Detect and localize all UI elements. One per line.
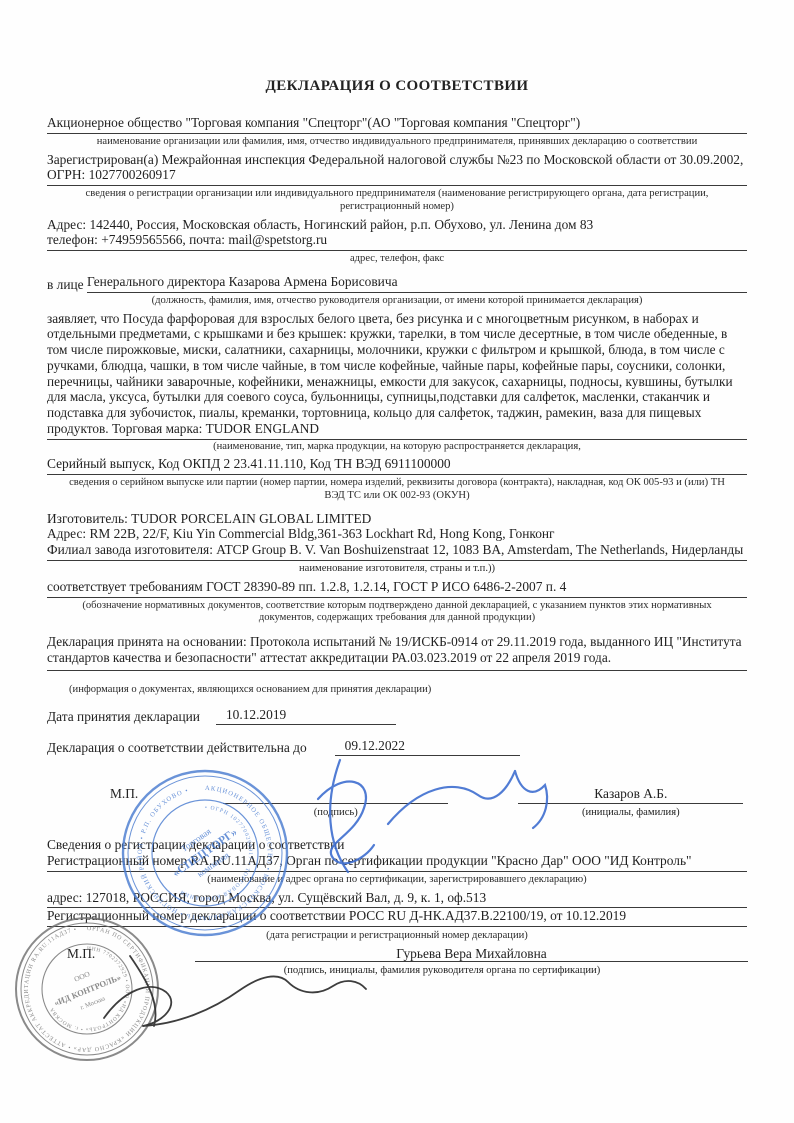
representative-row: в лице Генерального директора Казарова А…: [47, 274, 747, 293]
standards-caption: (обозначение нормативных документов, соо…: [72, 600, 723, 625]
applicant-address-caption: адрес, телефон, факс: [72, 253, 723, 266]
registration-caption: (наименование и адрес органа по сертифик…: [72, 874, 723, 887]
representative-caption: (должность, фамилия, имя, отчество руков…: [72, 295, 723, 308]
basis-text: Декларация принята на основании: Протоко…: [47, 634, 747, 671]
signer-name: Казаров А.Б.: [518, 786, 743, 804]
standards-line: соответствует требованиям ГОСТ 28390-89 …: [47, 579, 747, 598]
applicant-registration: Зарегистрирован(а) Межрайонная инспекция…: [47, 152, 747, 187]
cert-stamp-center-3: г. Москва: [79, 995, 106, 1011]
name-column: Казаров А.Б. (инициалы, фамилия): [518, 786, 743, 818]
registration-number-line: Регистрационный номер RA.RU.11АД37, Орга…: [47, 853, 747, 872]
cert-stamp-center-2: «ИД КОНТРОЛЬ»: [52, 972, 122, 1008]
applicant-address: Адрес: 142440, Россия, Московская област…: [47, 217, 747, 252]
valid-date-row: Декларация о соответствии действительна …: [47, 738, 747, 756]
mp-column: М.П.: [110, 786, 138, 818]
applicant-name-caption: наименование организации или фамилия, им…: [89, 136, 705, 149]
svg-text:ОРГАН ПО СЕРТИФИКАЦИИ ПРОДУКЦИ: ОРГАН ПО СЕРТИФИКАЦИИ ПРОДУКЦИИ «КРАСНО …: [24, 926, 150, 1052]
applicant-address-line1: Адрес: 142440, Россия, Московская област…: [47, 217, 747, 233]
manufacturer-block: Изготовитель: TUDOR PORCELAIN GLOBAL LIM…: [47, 511, 747, 562]
adoption-date-value: 10.12.2019: [216, 707, 396, 725]
applicant-name: Акционерное общество "Торговая компания …: [47, 115, 747, 134]
head-name: Гурьева Вера Михайловна: [195, 946, 748, 962]
registration-header: Сведения о регистрации декларации о соот…: [47, 837, 747, 853]
representative-prefix: в лице: [47, 277, 87, 293]
valid-date-value: 09.12.2022: [335, 738, 520, 756]
sign-column: (подпись): [223, 786, 448, 818]
adoption-date-row: Дата принятия декларации 10.12.2019: [47, 707, 747, 725]
document-title: ДЕКЛАРАЦИЯ О СООТВЕТСТВИИ: [47, 78, 747, 95]
mp-label: М.П.: [110, 786, 138, 804]
declaration-reg-number: Регистрационный номер декларации о соотв…: [47, 908, 747, 927]
signature-caption: (подпись): [223, 807, 448, 818]
manufacturer-address: Адрес: RM 22B, 22/F, Kiu Yin Commercial …: [47, 526, 747, 542]
representative-name: Генерального директора Казарова Армена Б…: [87, 274, 747, 293]
valid-date-label: Декларация о соответствии действительна …: [47, 740, 307, 756]
signature-line: [223, 786, 448, 804]
signer-caption: (инициалы, фамилия): [518, 807, 743, 818]
manufacturer-name: Изготовитель: TUDOR PORCELAIN GLOBAL LIM…: [47, 511, 747, 527]
head-caption: (подпись, инициалы, фамилия руководителя…: [162, 965, 722, 976]
applicant-address-line2: телефон: +74959565566, почта: mail@spets…: [47, 232, 747, 248]
product-caption: (наименование, тип, марка продукции, на …: [72, 441, 723, 454]
manufacturer-caption: наименование изготовителя, страны и т.п.…: [72, 563, 723, 576]
head-signature-row: М.П. Гурьева Вера Михайловна (подпись, и…: [47, 946, 747, 976]
product-description: заявляет, что Посуда фарфоровая для взро…: [47, 311, 747, 440]
declaration-document: ДЕКЛАРАЦИЯ О СООТВЕТСТВИИ Акционерное об…: [0, 0, 794, 1123]
serial-caption: сведения о серийном выпуске или партии (…: [65, 477, 730, 502]
adoption-date-label: Дата принятия декларации: [47, 709, 200, 725]
signature-row: М.П. (подпись) Казаров А.Б. (инициалы, ф…: [47, 786, 747, 818]
basis-caption: (информация о документах, являющихся осн…: [47, 684, 747, 697]
applicant-registration-caption: сведения о регистрации организации или и…: [72, 188, 723, 213]
reg-number-caption: (дата регистрации и регистрационный номе…: [72, 930, 723, 943]
mp-label-2: М.П.: [67, 946, 95, 962]
cert-stamp-ring-outer: ОРГАН ПО СЕРТИФИКАЦИИ ПРОДУКЦИИ «КРАСНО …: [24, 926, 150, 1052]
cert-body-address: адрес: 127018, РОССИЯ, город Москва, ул.…: [47, 890, 747, 909]
serial-line: Серийный выпуск, Код ОКПД 2 23.41.11.110…: [47, 456, 747, 475]
manufacturer-branch: Филиал завода изготовителя: ATCP Group B…: [47, 542, 747, 558]
